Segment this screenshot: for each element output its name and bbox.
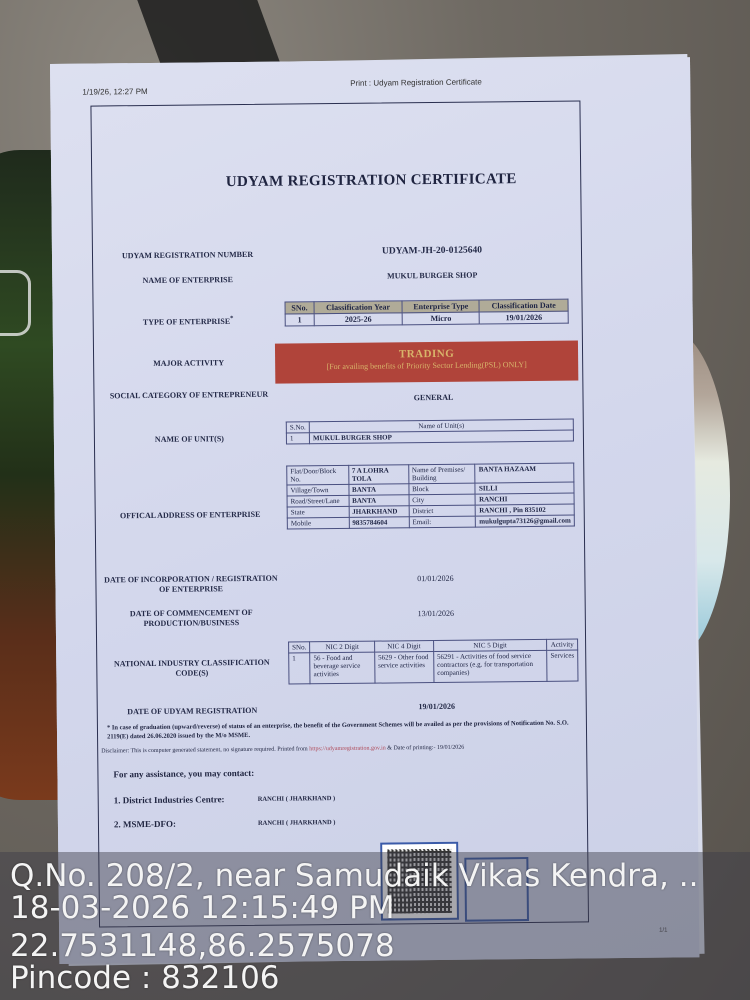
disclaimer-print-date: & Date of printing:- 19/01/2026 xyxy=(386,745,465,752)
cell: 56291 - Activities of food service contr… xyxy=(433,650,547,682)
type-of-enterprise-label: TYPE OF ENTERPRISE* xyxy=(101,314,276,328)
cell: 1 xyxy=(289,653,311,684)
cell: Village/Town xyxy=(287,484,349,496)
cell: Micro xyxy=(402,312,479,325)
contact-msme-label: 2. MSME-DFO: xyxy=(114,819,176,830)
table-row: Mobile9835784604Email:mukulgupta73126@gm… xyxy=(287,515,574,529)
major-activity-label: MAJOR ACTIVITY xyxy=(101,358,276,370)
cell: Name of Premises/ Building xyxy=(408,464,475,484)
units-label: NAME OF UNIT(S) xyxy=(102,434,277,446)
registration-number-label: UDYAM REGISTRATION NUMBER xyxy=(100,250,275,262)
cell: 2025-26 xyxy=(314,313,402,326)
nic-table: SNo.NIC 2 DigitNIC 4 DigitNIC 5 DigitAct… xyxy=(288,639,578,685)
disclaimer-url-link[interactable]: https://udyamregistration.gov.in xyxy=(309,746,386,753)
nic-label: NATIONAL INDUSTRY CLASSIFICATION CODE(S) xyxy=(104,658,279,680)
cell: 1 xyxy=(285,314,314,326)
background-object xyxy=(137,0,282,70)
units-table: S.No. Name of Unit(s) 1 MUKUL BURGER SHO… xyxy=(286,419,574,445)
cell: 1 xyxy=(286,433,309,444)
nic-header-cell: NIC 2 Digit xyxy=(310,641,375,653)
nic-header-cell: Activity xyxy=(547,639,578,650)
cell: Block xyxy=(409,483,476,495)
col-classification-date: Classification Date xyxy=(479,299,568,312)
nic-header-cell: NIC 4 Digit xyxy=(374,641,433,653)
incorporation-date-label: DATE OF INCORPORATION / REGISTRATION OF … xyxy=(103,574,278,596)
col-sno: S.No. xyxy=(286,422,309,433)
cell: 9835784604 xyxy=(349,517,409,529)
cell: Mobile xyxy=(287,517,349,529)
col-sno: SNo. xyxy=(285,302,314,314)
background-logo xyxy=(0,270,31,336)
commencement-date-label: DATE OF COMMENCEMENT OF PRODUCTION/BUSIN… xyxy=(104,608,279,630)
certificate-paper: 1/19/26, 12:27 PM Print : Udyam Registra… xyxy=(50,57,699,964)
address-label: OFFICAL ADDRESS OF ENTERPRISE xyxy=(103,510,278,522)
cell: 19/01/2026 xyxy=(479,311,568,324)
social-category-label: SOCIAL CATEGORY OF ENTREPRENEUR xyxy=(101,390,276,402)
table-row: 1 MUKUL BURGER SHOP xyxy=(286,430,573,444)
cell: Services xyxy=(547,650,578,681)
udyam-registration-date-value: 19/01/2026 xyxy=(377,701,497,711)
cell: JHARKHAND xyxy=(349,506,409,518)
overlay-pincode: Pincode : 832106 xyxy=(10,962,280,994)
classification-table: SNo. Classification Year Enterprise Type… xyxy=(285,299,569,327)
assistance-heading: For any assistance, you may contact: xyxy=(113,768,254,779)
cell: 7 A LOHRA TOLA xyxy=(348,465,408,485)
cell: BANTA HAZAAM xyxy=(475,463,574,483)
overlay-timestamp: 18-03-2026 12:15:49 PM xyxy=(10,892,395,924)
major-activity-banner: TRADING [For availing benefits of Priori… xyxy=(275,340,578,383)
contact-dic-label: 1. District Industries Centre: xyxy=(114,794,225,805)
enterprise-name-value: MUKUL BURGER SHOP xyxy=(352,270,512,281)
cell: City xyxy=(409,494,476,506)
table-row: 1 2025-26 Micro 19/01/2026 xyxy=(285,311,568,326)
print-title: Print : Udyam Registration Certificate xyxy=(350,77,482,87)
cell: 5629 - Other food service activities xyxy=(375,652,434,684)
cell: MUKUL BURGER SHOP xyxy=(309,430,573,444)
contact-msme-value: RANCHI ( JHARKHAND ) xyxy=(258,819,336,827)
asterisk-mark: * xyxy=(230,315,233,322)
major-activity-note: [For availing benefits of Priority Secto… xyxy=(275,359,578,371)
enterprise-name-label: NAME OF ENTERPRISE xyxy=(100,275,275,287)
type-of-enterprise-text: TYPE OF ENTERPRISE xyxy=(143,317,230,327)
col-classification-year: Classification Year xyxy=(314,301,402,314)
cell: Email: xyxy=(409,516,476,528)
table-row: 156 - Food and beverage service activiti… xyxy=(289,650,578,684)
cell: Flat/Door/Block No. xyxy=(287,465,349,485)
social-category-value: GENERAL xyxy=(353,392,513,403)
contact-dic-value: RANCHI ( JHARKHAND ) xyxy=(258,795,336,803)
address-table: Flat/Door/Block No.7 A LOHRA TOLAName of… xyxy=(286,463,575,530)
cell: District xyxy=(409,505,476,517)
incorporation-date-value: 01/01/2026 xyxy=(375,573,495,583)
commencement-date-value: 13/01/2026 xyxy=(376,608,496,618)
cell: State xyxy=(287,506,349,518)
disclaimer-text: Disclaimer: This is computer generated s… xyxy=(101,746,309,754)
cell: BANTA xyxy=(348,484,408,496)
print-datetime: 1/19/26, 12:27 PM xyxy=(82,87,147,97)
cell: BANTA xyxy=(349,495,409,507)
nic-header-cell: SNo. xyxy=(289,642,310,653)
udyam-registration-date-label: DATE OF UDYAM REGISTRATION xyxy=(105,706,280,718)
cell: Road/Street/Lane xyxy=(287,495,349,507)
overlay-coordinates: 22.7531148,86.2575078 xyxy=(10,930,395,962)
cell: 56 - Food and beverage service activitie… xyxy=(310,652,375,684)
overlay-address: Q.No. 208/2, near Samudaik Vikas Kendra,… xyxy=(10,860,698,892)
registration-number-value: UDYAM-JH-20-0125640 xyxy=(352,245,512,257)
col-enterprise-type: Enterprise Type xyxy=(402,300,479,313)
cell: mukulgupta73126@gmail.com xyxy=(476,515,575,527)
